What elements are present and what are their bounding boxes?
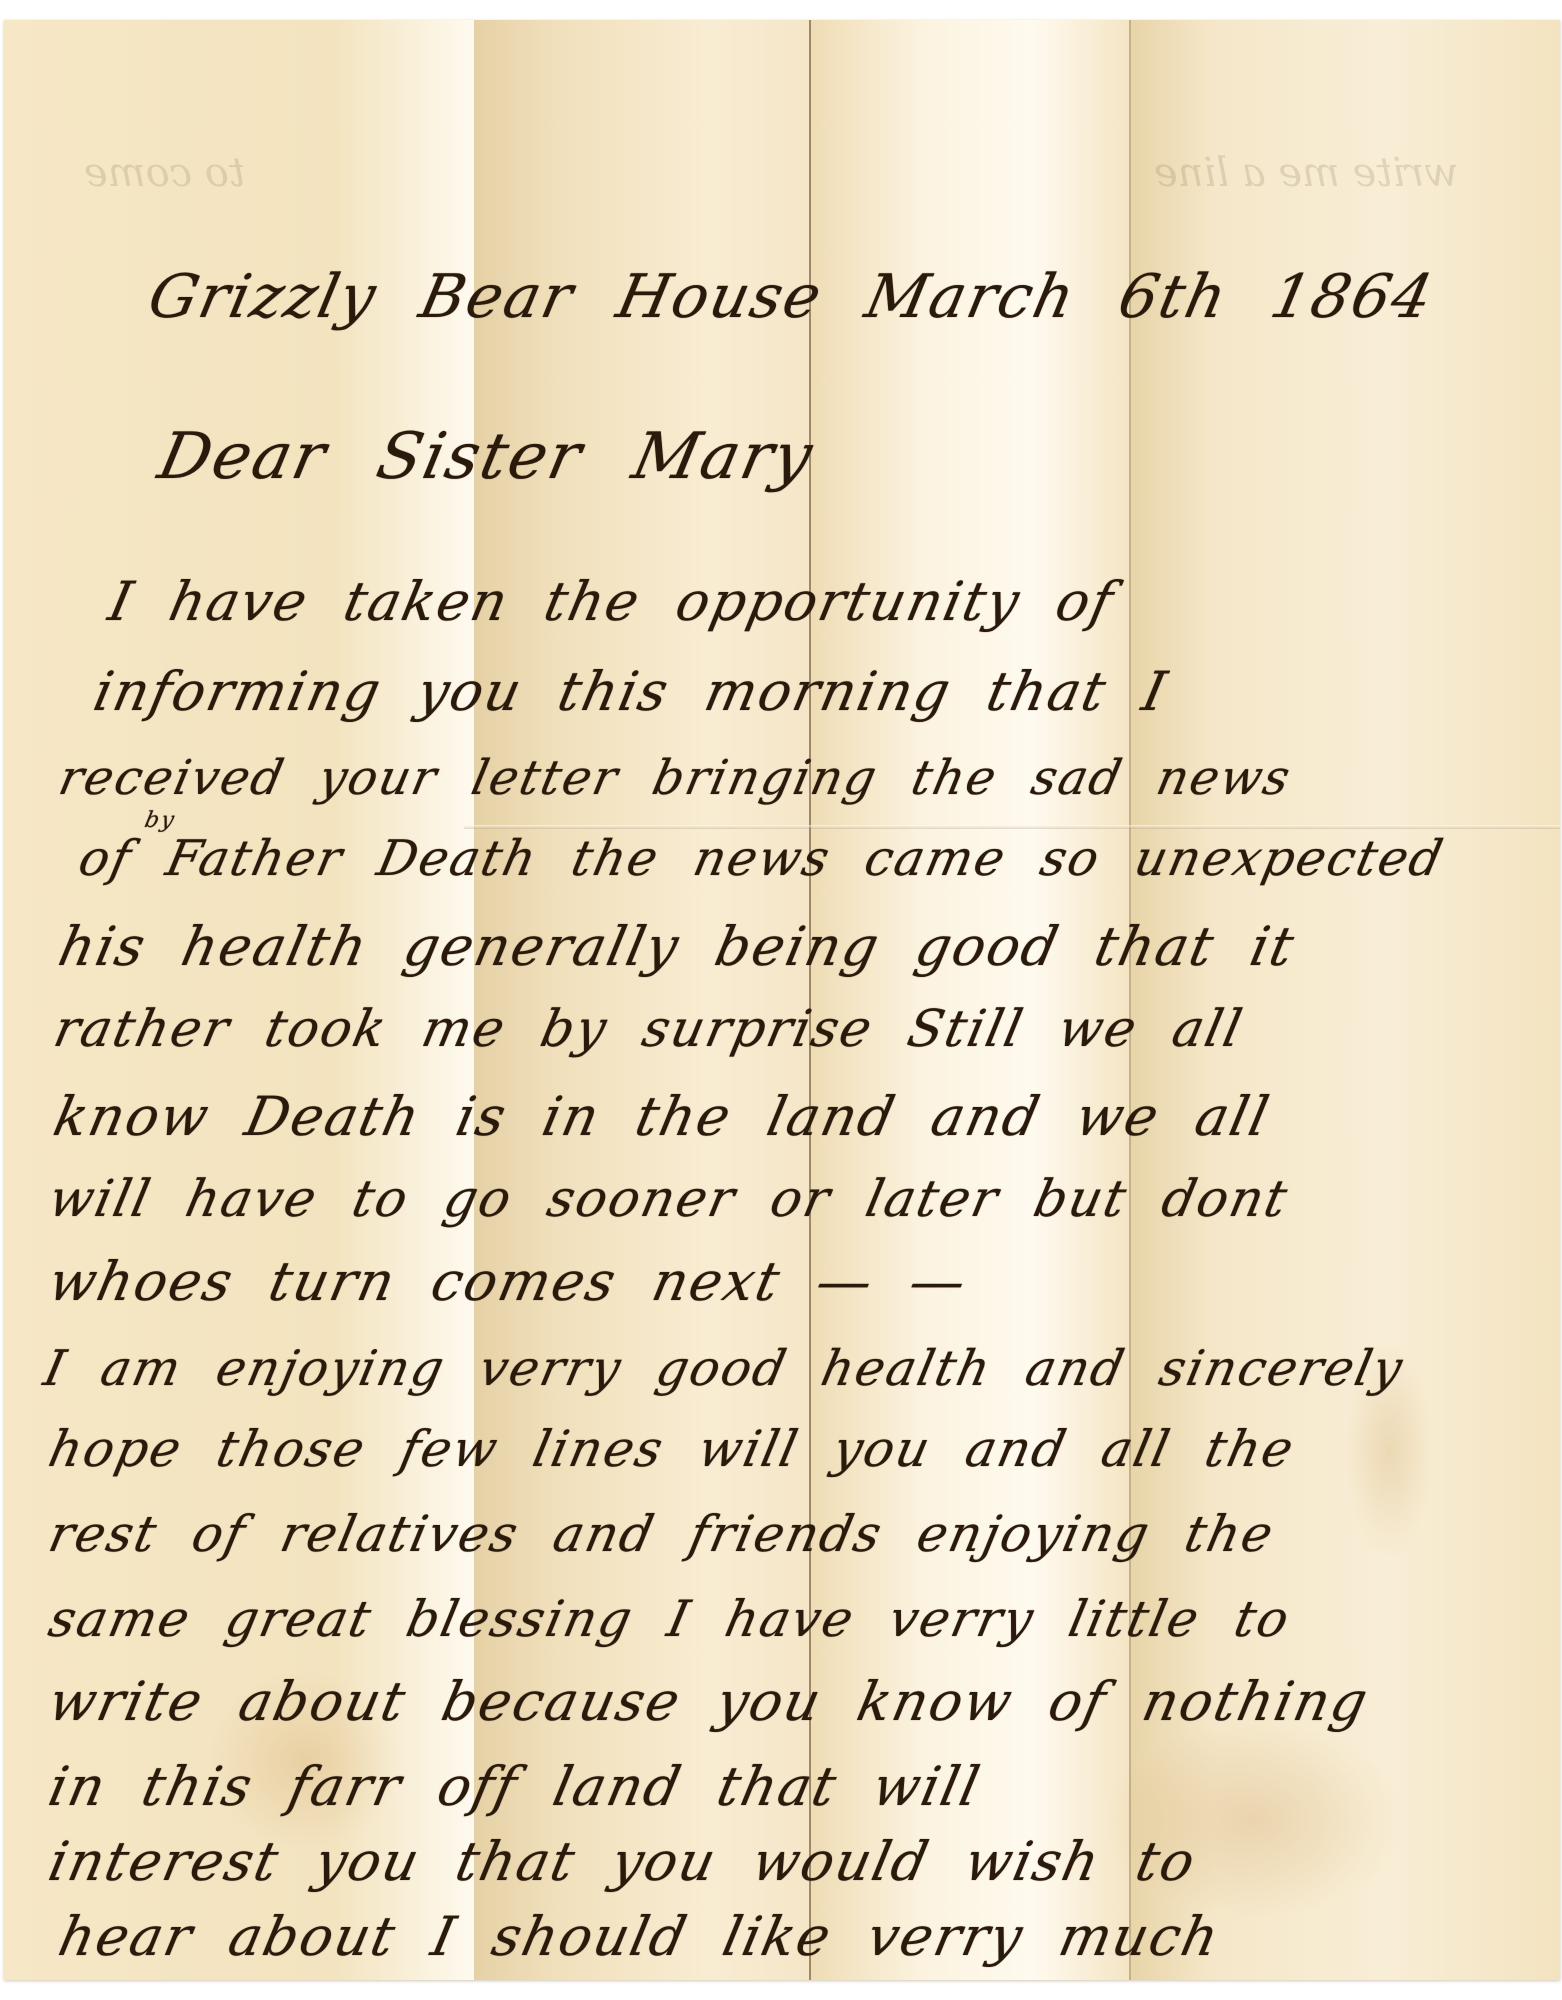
letter-line: know Death is in the land and we all bbox=[48, 1085, 1276, 1148]
insertion-note: by bbox=[142, 808, 178, 833]
letter-line: hear about I should like verry much bbox=[53, 1905, 1226, 1968]
letter-line: same great blessing I have verry little … bbox=[44, 1590, 1296, 1648]
letter-line: write about because you know of nothing bbox=[43, 1670, 1374, 1733]
dateline: Grizzly Bear House March 6th 1864 bbox=[143, 262, 1441, 332]
letter-content: Grizzly Bear House March 6th 1864 Dear S… bbox=[0, 0, 1562, 2000]
letter-line: hope those few lines will you and all th… bbox=[44, 1420, 1300, 1478]
letter-line: of Father Death the news came so unexpec… bbox=[74, 830, 1449, 887]
letter-line: rather took me by surprise Still we all bbox=[49, 1000, 1249, 1059]
letter-line: I am enjoying verry good health and sinc… bbox=[39, 1340, 1409, 1397]
letter-line: his health generally being good that it bbox=[53, 915, 1301, 978]
letter-line: received your letter bringing the sad ne… bbox=[54, 750, 1297, 806]
letter-line: rest of relatives and friends enjoying t… bbox=[44, 1505, 1280, 1563]
letter-line: will have to go sooner or later but dont bbox=[44, 1170, 1294, 1229]
letter-line: interest you that you would wish to bbox=[43, 1830, 1202, 1893]
letter-line: informing you this morning that I bbox=[88, 660, 1173, 723]
letter-line: I have taken the opportunity of bbox=[103, 570, 1120, 633]
letter-line: whoes turn comes next — — bbox=[43, 1250, 973, 1313]
salutation: Dear Sister Mary bbox=[152, 420, 820, 494]
letter-line: in this farr off land that will bbox=[43, 1755, 986, 1818]
